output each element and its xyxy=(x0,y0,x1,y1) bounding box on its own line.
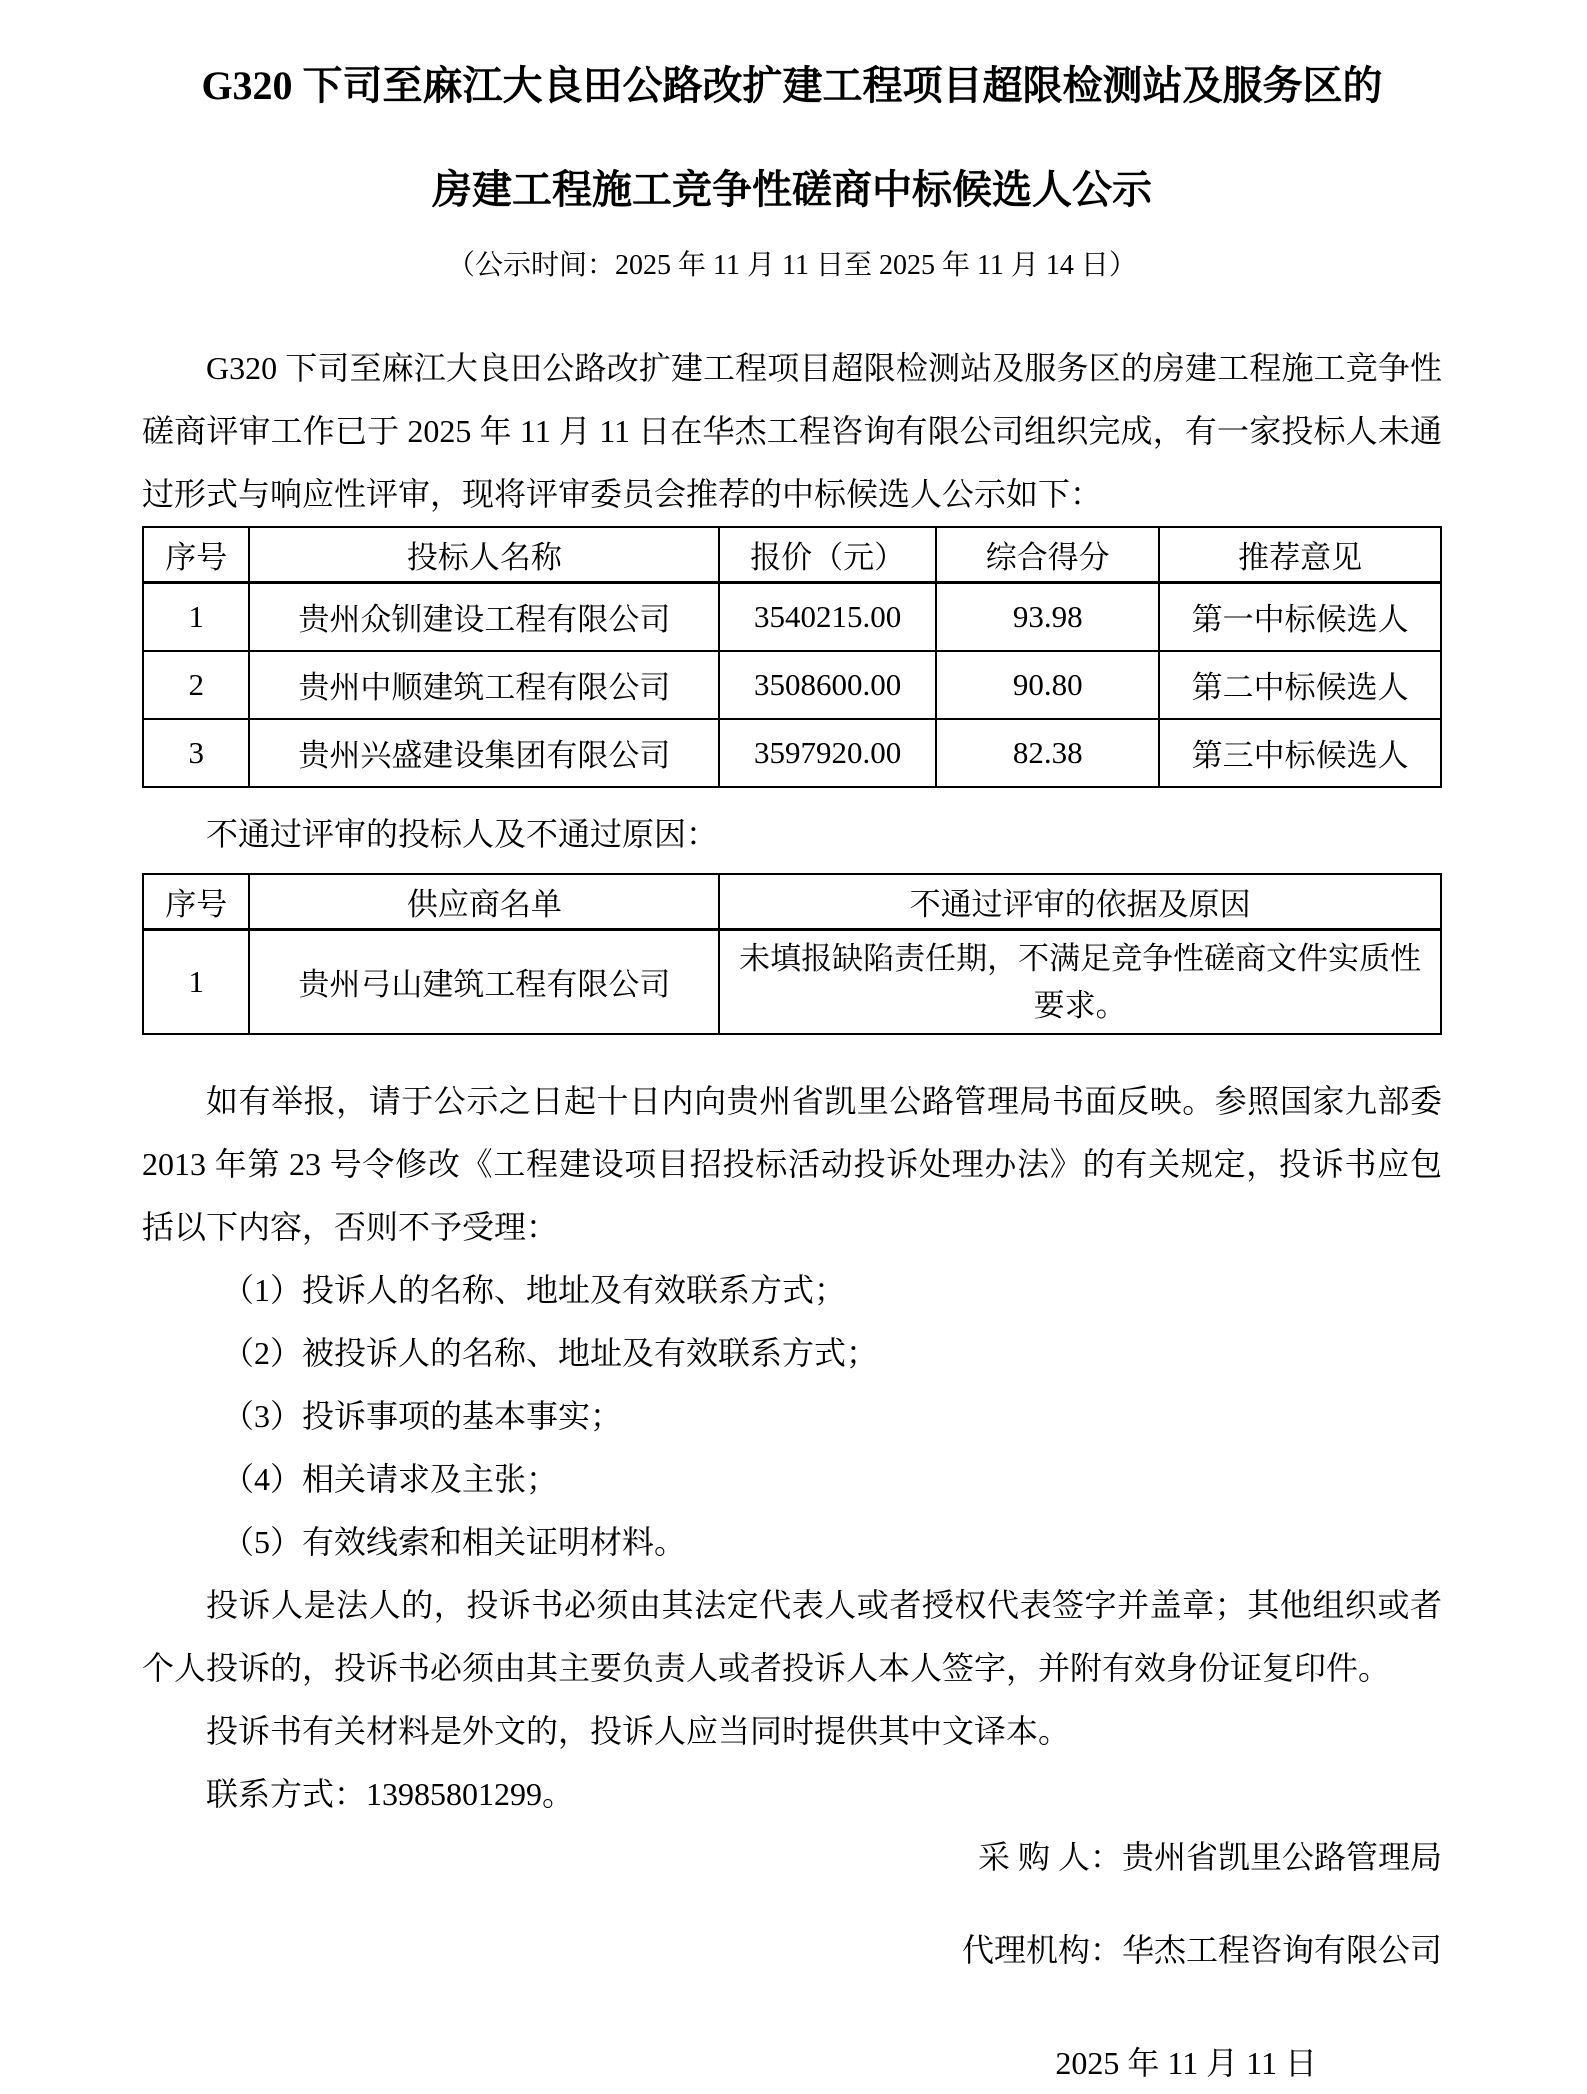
table-row: 1 贵州弓山建筑工程有限公司 未填报缺陷责任期，不满足竞争性磋商文件实质性要求。 xyxy=(143,929,1441,1034)
score: 82.38 xyxy=(936,719,1159,787)
rejected-header-row: 序号 供应商名单 不通过评审的依据及原因 xyxy=(143,874,1441,930)
list-item: （4）相关请求及主张； xyxy=(142,1448,1442,1511)
complaint-paragraph-3: 投诉书有关材料是外文的，投诉人应当同时提供其中文译本。 xyxy=(142,1700,1442,1763)
recommendation: 第二中标候选人 xyxy=(1159,651,1441,719)
list-item: （3）投诉事项的基本事实； xyxy=(142,1385,1442,1448)
col-header-price: 报价（元） xyxy=(719,527,936,583)
intro-paragraph: G320 下司至麻江大良田公路改扩建工程项目超限检测站及服务区的房建工程施工竞争… xyxy=(142,337,1442,526)
rejected-table: 序号 供应商名单 不通过评审的依据及原因 1 贵州弓山建筑工程有限公司 未填报缺… xyxy=(142,873,1442,1035)
row-index: 2 xyxy=(143,651,249,719)
document-title-line2: 房建工程施工竞争性磋商中标候选人公示 xyxy=(142,159,1442,221)
table-row: 1 贵州众钏建设工程有限公司 3540215.00 93.98 第一中标候选人 xyxy=(143,583,1441,651)
col-header-score: 综合得分 xyxy=(936,527,1159,583)
score: 90.80 xyxy=(936,651,1159,719)
rejection-reason: 未填报缺陷责任期，不满足竞争性磋商文件实质性要求。 xyxy=(719,929,1441,1034)
bid-price: 3508600.00 xyxy=(719,651,936,719)
col-header-index: 序号 xyxy=(143,527,249,583)
bidder-name: 贵州兴盛建设集团有限公司 xyxy=(249,719,719,787)
col-header-supplier-name: 供应商名单 xyxy=(249,874,719,930)
agency-line: 代理机构：华杰工程咨询有限公司 xyxy=(142,1919,1442,1982)
col-header-rejection-reason: 不通过评审的依据及原因 xyxy=(719,874,1441,930)
list-item: （2）被投诉人的名称、地址及有效联系方式； xyxy=(142,1322,1442,1385)
row-index: 1 xyxy=(143,929,249,1034)
bid-price: 3597920.00 xyxy=(719,719,936,787)
recommendation: 第三中标候选人 xyxy=(1159,719,1441,787)
candidates-header-row: 序号 投标人名称 报价（元） 综合得分 推荐意见 xyxy=(143,527,1441,583)
rejected-section-heading: 不通过评审的投标人及不通过原因： xyxy=(142,812,1442,857)
complaint-paragraph-1: 如有举报，请于公示之日起十日内向贵州省凯里公路管理局书面反映。参照国家九部委 2… xyxy=(142,1070,1442,1259)
publicity-period: （公示时间：2025 年 11 月 11 日至 2025 年 11 月 14 日… xyxy=(142,245,1442,287)
table-row: 3 贵州兴盛建设集团有限公司 3597920.00 82.38 第三中标候选人 xyxy=(143,719,1441,787)
contact-line: 联系方式：13985801299。 xyxy=(142,1763,1442,1826)
score: 93.98 xyxy=(936,583,1159,651)
col-header-recommendation: 推荐意见 xyxy=(1159,527,1441,583)
table-row: 2 贵州中顺建筑工程有限公司 3508600.00 90.80 第二中标候选人 xyxy=(143,651,1441,719)
complaint-paragraph-2: 投诉人是法人的，投诉书必须由其法定代表人或者授权代表签字并盖章；其他组织或者个人… xyxy=(142,1574,1442,1700)
list-item: （1）投诉人的名称、地址及有效联系方式； xyxy=(142,1259,1442,1322)
bid-price: 3540215.00 xyxy=(719,583,936,651)
notice-date: 2025 年 11 月 11 日 xyxy=(142,2032,1442,2094)
col-header-bidder-name: 投标人名称 xyxy=(249,527,719,583)
row-index: 3 xyxy=(143,719,249,787)
recommendation: 第一中标候选人 xyxy=(1159,583,1441,651)
list-item: （5）有效线索和相关证明材料。 xyxy=(142,1511,1442,1574)
col-header-index: 序号 xyxy=(143,874,249,930)
candidates-table: 序号 投标人名称 报价（元） 综合得分 推荐意见 1 贵州众钏建设工程有限公司 … xyxy=(142,526,1442,788)
document-title-line1: G320 下司至麻江大良田公路改扩建工程项目超限检测站及服务区的 xyxy=(142,55,1442,117)
notice-document: G320 下司至麻江大良田公路改扩建工程项目超限检测站及服务区的 房建工程施工竞… xyxy=(0,0,1587,2094)
bidder-name: 贵州众钏建设工程有限公司 xyxy=(249,583,719,651)
purchaser-line: 采 购 人：贵州省凯里公路管理局 xyxy=(142,1826,1442,1889)
supplier-name: 贵州弓山建筑工程有限公司 xyxy=(249,929,719,1034)
complaint-requirements-list: （1）投诉人的名称、地址及有效联系方式； （2）被投诉人的名称、地址及有效联系方… xyxy=(142,1259,1442,1574)
bidder-name: 贵州中顺建筑工程有限公司 xyxy=(249,651,719,719)
row-index: 1 xyxy=(143,583,249,651)
